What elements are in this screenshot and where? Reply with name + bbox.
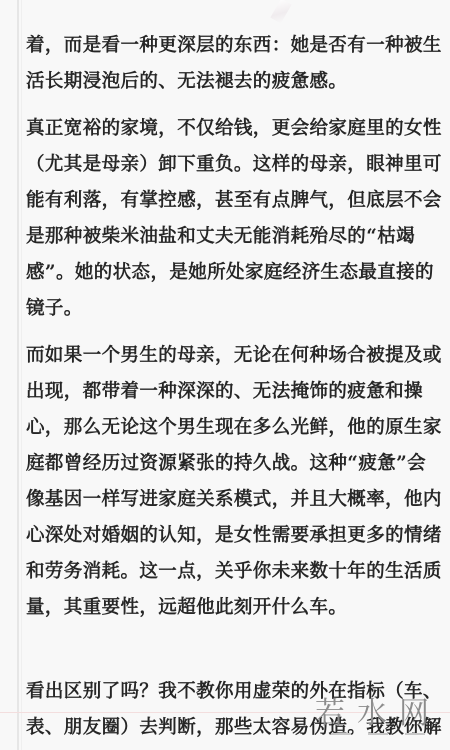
watermark-logo-text: 若水网 xyxy=(313,697,443,731)
text-line: 心深处对婚姻的认知，是女性需要承担更多的情绪 xyxy=(26,518,426,554)
text-line: 是那种被柴米油盐和丈夫无能消耗殆尽的“枯竭 xyxy=(26,219,426,255)
text-line: 出现，都带着一种深深的、无法掩饰的疲惫和操 xyxy=(26,374,426,410)
site-watermark: 若水网 xyxy=(313,697,443,747)
article-body: 着，而是看一种更深层的东西：她是否有一种被生 活长期浸泡后的、无法褪去的疲惫感。… xyxy=(26,28,426,750)
watermark-dash xyxy=(405,733,425,735)
text-line: 而如果一个男生的母亲，无论在何种场合被提及或 xyxy=(26,338,426,374)
text-line: 庭都曾经历过资源紧张的持久战。这种“疲惫”会 xyxy=(26,446,426,482)
text-line: 心，那么无论这个男生现在多么光鲜，他的原生家 xyxy=(26,410,426,446)
text-line: 着，而是看一种更深层的东西：她是否有一种被生 xyxy=(26,28,426,64)
text-line: 镜子。 xyxy=(26,291,426,327)
text-line: 像基因一样写进家庭关系模式，并且大概率，他内 xyxy=(26,482,426,518)
left-margin-rule xyxy=(17,0,19,750)
text-line: 活长期浸泡后的、无法褪去的疲惫感。 xyxy=(26,64,426,100)
text-line: （尤其是母亲）卸下重负。这样的母亲，眼神里可 xyxy=(26,147,426,183)
watermark-underline xyxy=(313,733,443,735)
section-spacer xyxy=(26,637,426,674)
text-line: 量，其重要性，远超他此刻开什么车。 xyxy=(26,590,426,626)
watermark-dash xyxy=(368,733,388,735)
text-line: 真正宽裕的家境，不仅给钱，更会给家庭里的女性 xyxy=(26,111,426,147)
text-line: 和劳务消耗。这一点，关乎你未来数十年的生活质 xyxy=(26,554,426,590)
text-line: 感”。她的状态，是她所处家庭经济生态最直接的 xyxy=(26,255,426,291)
background-decoration xyxy=(270,0,291,24)
paragraph-3: 而如果一个男生的母亲，无论在何种场合被提及或 出现，都带着一种深深的、无法掩饰的… xyxy=(26,338,426,626)
paragraph-1: 着，而是看一种更深层的东西：她是否有一种被生 活长期浸泡后的、无法褪去的疲惫感。 xyxy=(26,28,426,100)
watermark-dash xyxy=(331,733,351,735)
left-margin-rule-inner xyxy=(21,0,22,750)
text-line: 能有利落，有掌控感，甚至有点脾气，但底层不会 xyxy=(26,183,426,219)
paragraph-2: 真正宽裕的家境，不仅给钱，更会给家庭里的女性 （尤其是母亲）卸下重负。这样的母亲… xyxy=(26,111,426,327)
